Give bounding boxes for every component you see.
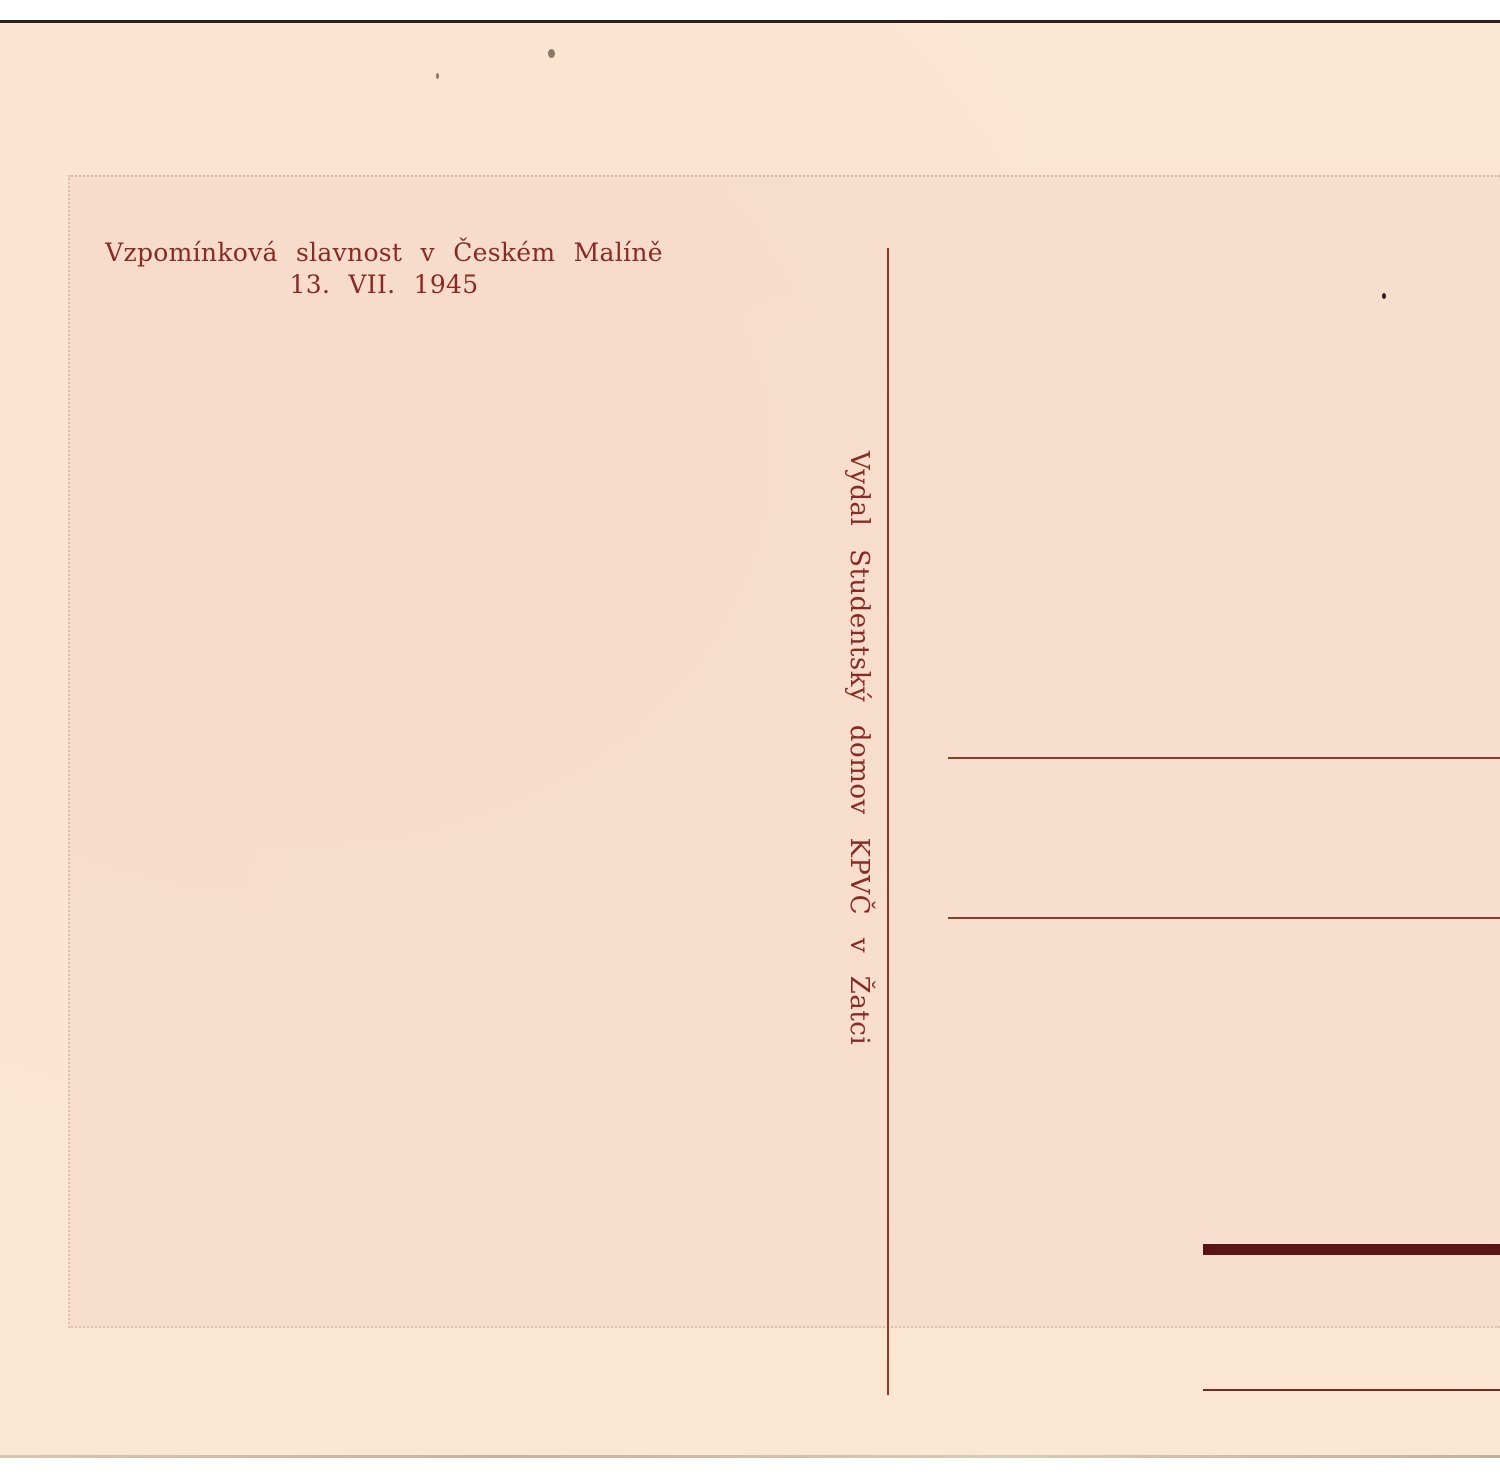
address-line-1: [948, 757, 1500, 759]
center-divider-line: [887, 248, 889, 1395]
title-date: 13. VII. 1945: [0, 269, 774, 301]
address-line-2: [948, 917, 1500, 919]
postcard: Vzpomínková slavnost v Českém Malíně 13.…: [0, 20, 1500, 1458]
address-line-3-thick: [1203, 1244, 1500, 1255]
image-showthrough-area: [68, 175, 1500, 1328]
postcard-title: Vzpomínková slavnost v Českém Malíně 13.…: [0, 237, 774, 301]
paper-speck: [548, 49, 555, 58]
title-event: Vzpomínková slavnost v Českém Malíně: [0, 237, 774, 269]
publisher-imprint: Vydal Studentský domov KPVČ v Žatci: [842, 451, 876, 1045]
paper-speck: [436, 73, 439, 79]
address-line-4: [1203, 1389, 1500, 1391]
paper-speck: [1382, 293, 1386, 299]
